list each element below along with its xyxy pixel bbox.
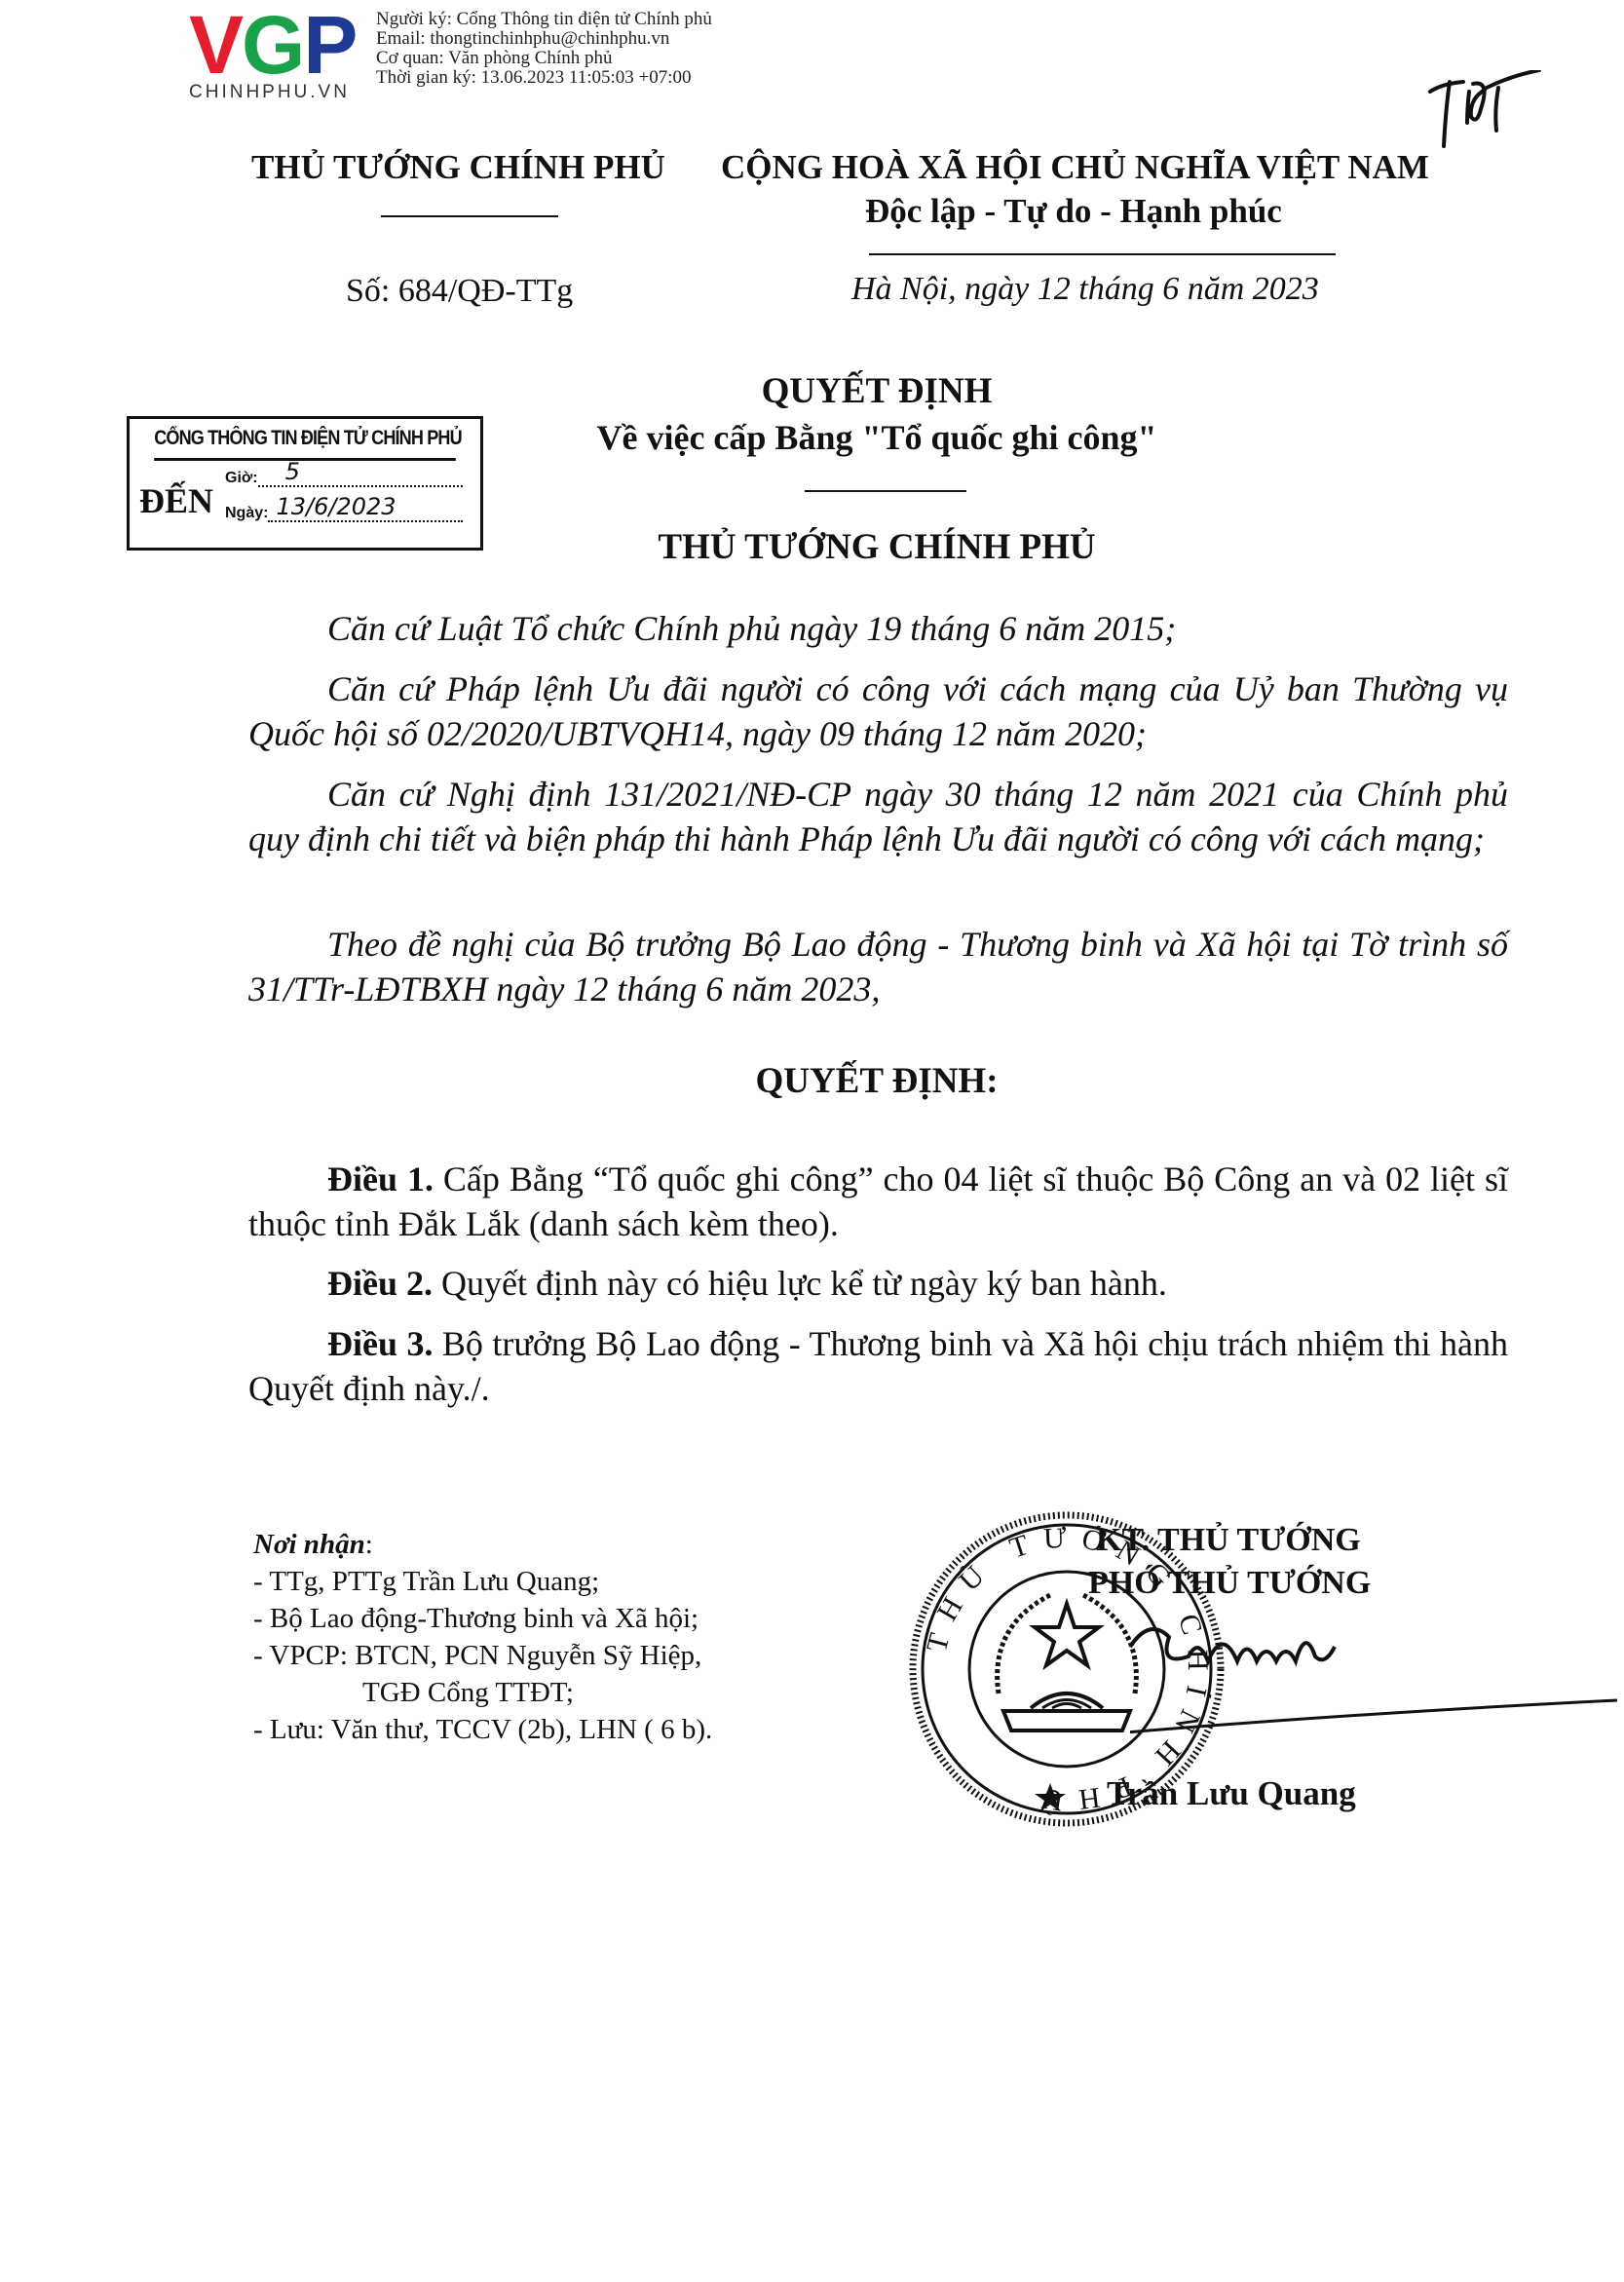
signing-time-line: Thời gian ký: 13.06.2023 11:05:03 +07:00 — [376, 68, 712, 88]
stamp-received-label: ĐẾN — [139, 480, 213, 521]
article-1-label: Điều 1. — [327, 1160, 434, 1198]
stamp-time-row: Giờ:5 — [225, 470, 463, 487]
document-type-title: QUYẾT ĐỊNH — [0, 370, 1624, 412]
recipient-item: - Lưu: Văn thư, TCCV (2b), LHN ( 6 b). — [253, 1711, 712, 1748]
preamble-proposal: Theo đề nghị của Bộ trưởng Bộ Lao động -… — [248, 922, 1508, 1011]
article-2-label: Điều 2. — [327, 1264, 433, 1303]
article-3-label: Điều 3. — [327, 1324, 433, 1363]
signature-authority-line-1: KT. THỦ TƯỚNG — [1096, 1522, 1361, 1559]
national-emblem-icon — [998, 1594, 1137, 1731]
recipient-item-continuation: TGĐ Cổng TTĐT; — [253, 1674, 712, 1711]
recipients-title-colon: : — [365, 1529, 373, 1560]
stamp-date-row: Ngày:13/6/2023 — [225, 505, 463, 522]
recipient-item: - Bộ Lao động-Thương binh và Xã hội; — [253, 1600, 712, 1637]
logo-site-name: CHINHPHU.VN — [189, 82, 350, 103]
place-and-date: Hà Nội, ngày 12 tháng 6 năm 2023 — [851, 271, 1319, 308]
vgp-logo: VGP CHINHPHU.VN — [189, 4, 384, 101]
recipients-list: Nơi nhận: - TTg, PTTg Trần Lưu Quang; - … — [253, 1526, 712, 1748]
signer-name: Trần Lưu Quang — [1107, 1774, 1356, 1813]
preamble-basis-2: Căn cứ Pháp lệnh Ưu đãi người có công vớ… — [248, 666, 1508, 756]
signer-agency-line: Cơ quan: Văn phòng Chính phủ — [376, 49, 712, 68]
recipients-title: Nơi nhận — [253, 1529, 365, 1560]
document-subject: Về việc cấp Bằng "Tổ quốc ghi công" — [0, 417, 1624, 458]
logo-letter-g: G — [242, 0, 303, 91]
signer-name-line: Người ký: Cổng Thông tin điện tử Chính p… — [376, 10, 712, 29]
national-title: CỘNG HOÀ XÃ HỘI CHỦ NGHĨA VIỆT NAM — [721, 148, 1429, 187]
article-2-text: Quyết định này có hiệu lực kể từ ngày ký… — [433, 1264, 1167, 1303]
handwritten-ttdt-mark — [1422, 70, 1568, 158]
national-motto: Độc lập - Tự do - Hạnh phúc — [865, 192, 1282, 231]
stamp-time-value: 5 — [285, 458, 300, 485]
article-3: Điều 3. Bộ trưởng Bộ Lao động - Thương b… — [248, 1321, 1508, 1411]
preamble-basis-3: Căn cứ Nghị định 131/2021/NĐ-CP ngày 30 … — [248, 772, 1508, 861]
recipient-item: - TTg, PTTg Trần Lưu Quang; — [253, 1563, 712, 1600]
preamble-basis-1: Căn cứ Luật Tổ chức Chính phủ ngày 19 th… — [248, 606, 1508, 651]
logo-letter-p: P — [303, 0, 356, 91]
digital-signature-info: Người ký: Cổng Thông tin điện tử Chính p… — [376, 10, 712, 88]
signer-email-line: Email: thongtinchinhphu@chinhphu.vn — [376, 29, 712, 49]
article-2: Điều 2. Quyết định này có hiệu lực kể từ… — [248, 1261, 1508, 1306]
article-1: Điều 1. Cấp Bằng “Tổ quốc ghi công” cho … — [248, 1157, 1508, 1246]
issuing-authority: THỦ TƯỚNG CHÍNH PHỦ — [0, 526, 1624, 568]
stamp-time-label: Giờ: — [225, 470, 258, 486]
motto-underline — [869, 253, 1336, 255]
vgp-logo-letters: VGP — [189, 4, 356, 86]
logo-letter-v: V — [189, 0, 242, 91]
handwritten-signature — [1130, 1608, 1617, 1754]
article-1-text: Cấp Bằng “Tổ quốc ghi công” cho 04 liệt … — [248, 1160, 1508, 1243]
stamp-date-value: 13/6/2023 — [276, 493, 396, 520]
stamp-date-label: Ngày: — [225, 505, 268, 521]
document-number: Số: 684/QĐ-TTg — [346, 273, 573, 310]
article-3-text: Bộ trưởng Bộ Lao động - Thương binh và X… — [248, 1324, 1508, 1408]
subject-underline — [805, 490, 966, 492]
recipient-item: - VPCP: BTCN, PCN Nguyễn Sỹ Hiệp, — [253, 1637, 712, 1674]
agency-underline — [381, 215, 558, 217]
issuing-agency: THỦ TƯỚNG CHÍNH PHỦ — [251, 148, 665, 187]
decision-heading: QUYẾT ĐỊNH: — [0, 1060, 1624, 1102]
signature-authority-line-2: PHÓ THỦ TƯỚNG — [1088, 1565, 1371, 1602]
